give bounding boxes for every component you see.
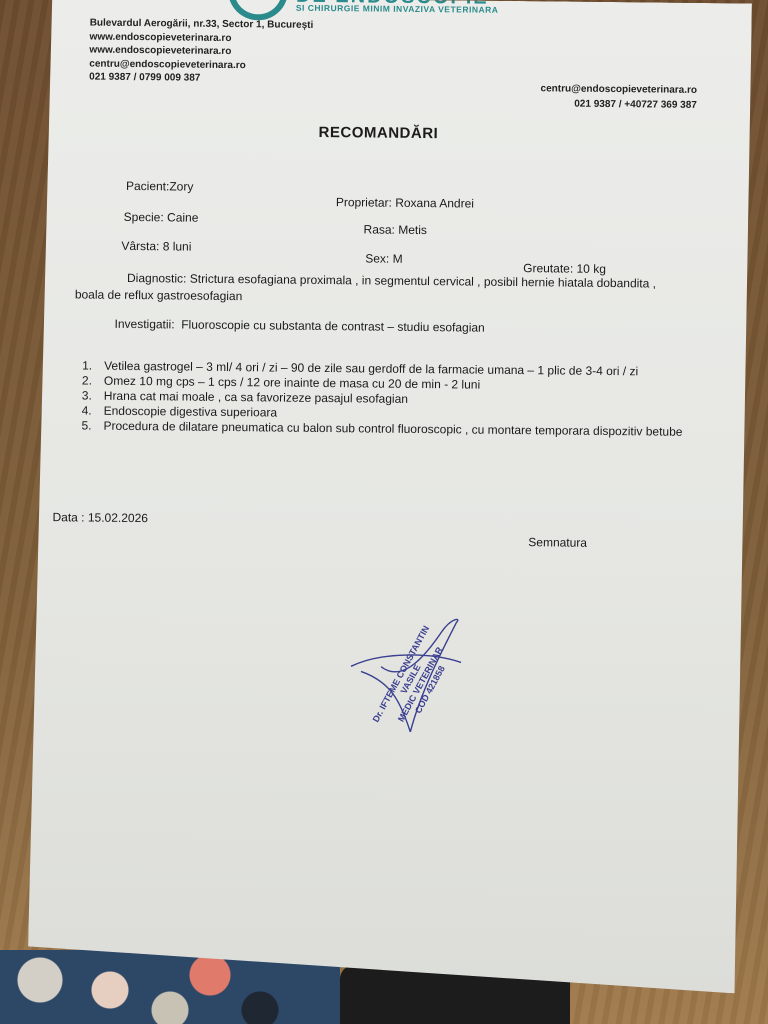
diagnosis-line-2: boala de reflux gastroesofagian [75, 287, 243, 303]
patient-field: Pacient:Zory [126, 179, 194, 194]
species-label: Specie: [124, 210, 164, 224]
investigations-text: Fluoroscopie cu substanta de contrast – … [181, 318, 485, 335]
patient-label: Pacient: [126, 179, 170, 193]
age-field: Vârsta: 8 luni [121, 239, 191, 254]
phone-right: 021 9387 / +40727 369 387 [527, 96, 697, 113]
investigations-label: Investigatii: [114, 317, 174, 332]
species-value: Caine [167, 210, 199, 224]
sex-label: Sex: [365, 251, 389, 265]
owner-value: Roxana Andrei [395, 196, 474, 211]
breed-field: Rasa: Metis [364, 222, 428, 237]
diagnosis-label: Diagnostic: [127, 271, 187, 286]
weight-label: Greutate: [523, 261, 573, 276]
signature-label: Semnatura [528, 535, 587, 550]
species-field: Specie: Caine [124, 210, 199, 225]
weight-value: 10 kg [576, 262, 606, 276]
recommendation-document: DE ENDOSCOPIE SI CHIRURGIE MINIM INVAZIV… [28, 0, 752, 993]
phone-left: 021 9387 / 0799 009 387 [89, 71, 313, 87]
owner-field: Proprietar: Roxana Andrei [336, 195, 474, 210]
contact-block-left: Bulevardul Aerogării, nr.33, Sector 1, B… [89, 17, 313, 87]
patient-value: Zory [169, 179, 193, 193]
breed-label: Rasa: [364, 222, 396, 236]
logo-subtitle: SI CHIRURGIE MINIM INVAZIVA VETERINARA [296, 3, 499, 15]
date-label: Data : [52, 510, 84, 524]
email-right: centru@endoscopieveterinara.ro [527, 81, 697, 98]
recommendations-list: 1.Vetilea gastrogel – 3 ml/ 4 ori / zi –… [81, 358, 714, 440]
weight-field: Greutate: 10 kg [523, 261, 606, 276]
age-label: Vârsta: [121, 239, 159, 253]
contact-block-right: centru@endoscopieveterinara.ro 021 9387 … [527, 81, 697, 113]
doctor-stamp-signature: Dr. IFTEME CONSTANTIN VASILE MEDIC VETER… [340, 611, 471, 742]
age-value: 8 luni [163, 239, 192, 253]
date-field: Data : 15.02.2026 [52, 510, 148, 525]
date-value: 15.02.2026 [88, 511, 148, 526]
sex-value: M [393, 252, 403, 266]
document-title: RECOMANDĂRI [318, 124, 438, 142]
breed-value: Metis [398, 223, 427, 237]
investigations-line: Investigatii: Fluoroscopie cu substanta … [114, 317, 484, 335]
owner-label: Proprietar: [336, 195, 392, 210]
sex-field: Sex: M [365, 251, 403, 265]
